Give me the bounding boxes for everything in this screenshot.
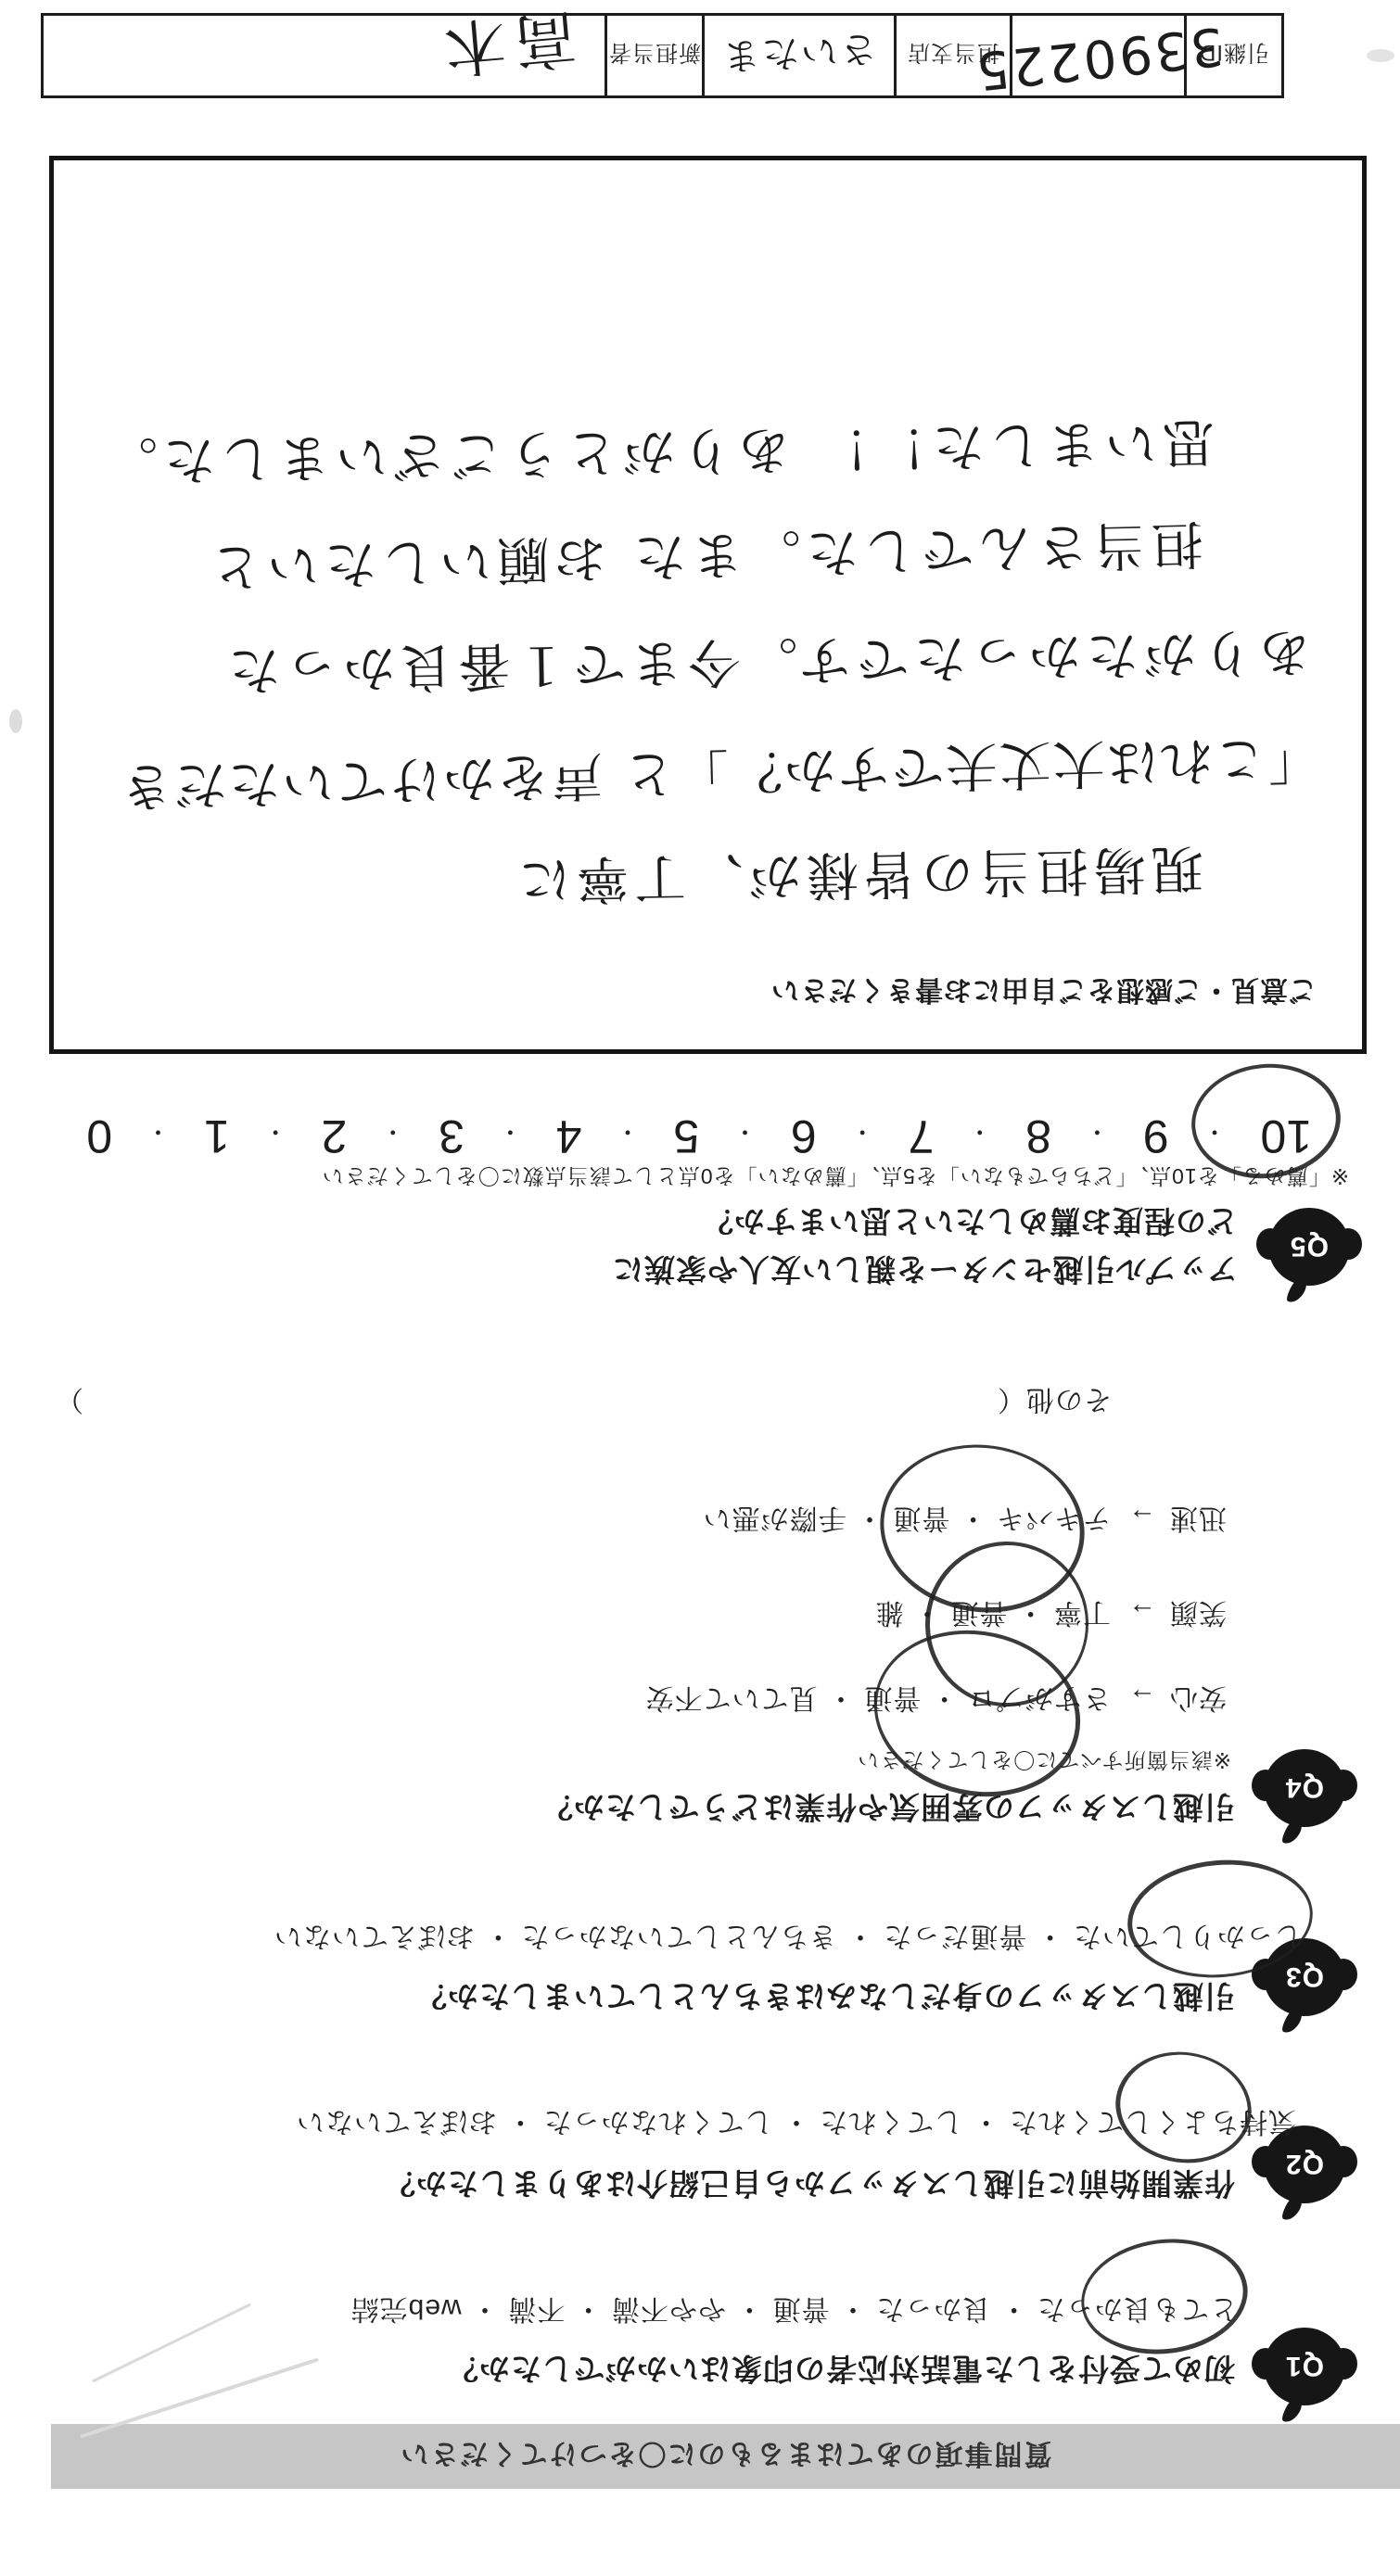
scale-separator: ・ xyxy=(616,1117,640,1157)
mascot-leaf-icon xyxy=(1279,1818,1305,1847)
scan-artifact xyxy=(1367,49,1394,62)
q3-question: 引越しスタッフの身だしなみはきちんとしていましたか？ xyxy=(415,1976,1235,2020)
q3-badge: Q3 xyxy=(1260,1961,1349,1992)
mascot-leaf-icon xyxy=(1279,2396,1305,2426)
scale-value: 2 xyxy=(322,1110,348,1163)
new-staff-value-cell: 高木 xyxy=(44,16,605,95)
q5-rating-scale: 10・9・8・7・6・5・4・3・2・1・0 xyxy=(86,1110,1312,1163)
q1-question: 初めて受付をした電話対応者の印象はいかがでしたか？ xyxy=(447,2349,1235,2392)
handover-id-value-cell: 3390225 xyxy=(1010,16,1184,95)
scale-value: 9 xyxy=(1143,1110,1169,1163)
q2-pen-circle xyxy=(1108,2042,1260,2173)
handwriting-line: 現場担当の皆様が、丁寧に xyxy=(513,835,1203,921)
arrow-icon: → xyxy=(1127,1682,1156,1713)
scanned-survey-page: 質問事項のあてはまるものに〇をつけてください Q1 初めて受付をした電話対応者の… xyxy=(0,0,1400,2576)
instruction-bar-text: 質問事項のあてはまるものに〇をつけてください xyxy=(400,2436,1052,2477)
q5-question-line1: アップル引越センターを親しい友人や家族に xyxy=(612,1250,1238,1293)
q4-question: 引越しスタッフの雰囲気や作業はどうでしたか？ xyxy=(541,1787,1235,1831)
survey-sheet: 質問事項のあてはまるものに〇をつけてください Q1 初めて受付をした電話対応者の… xyxy=(0,0,1400,2576)
q4-mascot-icon: Q4 xyxy=(1260,1745,1349,1842)
q5-note: ※「薦める」を10点、「どちらでもない」を5点、「薦めない」を0点として該当点数… xyxy=(322,1162,1349,1193)
scale-value: 4 xyxy=(556,1110,582,1163)
arrow-icon: → xyxy=(1127,1503,1156,1533)
scale-separator: ・ xyxy=(263,1117,287,1157)
scale-separator: ・ xyxy=(968,1117,992,1157)
branch-value-cell: さいたま xyxy=(702,16,894,95)
scan-artifact xyxy=(9,709,22,733)
q4-other-label: その他（ xyxy=(997,1382,1112,1423)
scale-separator: ・ xyxy=(850,1117,874,1157)
footer-table: 引継ID 3390225 担当支店 さいたま 新担当者 高木 xyxy=(41,13,1284,98)
scan-artifact xyxy=(92,2303,251,2383)
q5-question-line2: どの程度お薦めしたいと思いますか？ xyxy=(702,1201,1238,1245)
q4-other-close-paren: ） xyxy=(55,1382,83,1423)
instruction-bar: 質問事項のあてはまるものに〇をつけてください xyxy=(51,2424,1400,2489)
mascot-leaf-icon xyxy=(1279,2194,1305,2224)
q5-mascot-icon: Q5 xyxy=(1265,1204,1354,1301)
new-staff-label: 新担当者 xyxy=(608,40,701,72)
q5-badge: Q5 xyxy=(1265,1230,1354,1262)
scale-value: 3 xyxy=(439,1110,465,1163)
q2-badge: Q2 xyxy=(1260,2148,1349,2179)
q4-badge: Q4 xyxy=(1260,1771,1349,1803)
q1-pen-circle xyxy=(1075,2229,1254,2363)
scale-separator: ・ xyxy=(146,1117,170,1157)
new-staff-label-cell: 新担当者 xyxy=(605,16,702,95)
scale-separator: ・ xyxy=(498,1117,522,1157)
scale-value: 6 xyxy=(791,1110,817,1163)
branch-handwritten-value: さいたま xyxy=(720,25,879,86)
scale-value: 7 xyxy=(909,1110,935,1163)
scale-value: 8 xyxy=(1025,1110,1051,1163)
new-staff-signature: 高木 xyxy=(432,0,580,99)
mascot-leaf-icon xyxy=(1284,1276,1309,1306)
q1-badge: Q1 xyxy=(1260,2350,1349,2381)
q1-mascot-icon: Q1 xyxy=(1260,2324,1349,2420)
q2-question: 作業開始前に引越しスタッフから自己紹介はありましたか？ xyxy=(384,2164,1235,2207)
scale-separator: ・ xyxy=(1085,1117,1109,1157)
scale-value: 0 xyxy=(86,1110,112,1163)
mascot-leaf-icon xyxy=(1279,2007,1305,2037)
arrow-icon: → xyxy=(1127,1597,1156,1628)
q4-row-label: 安心 xyxy=(1169,1682,1227,1713)
q4-row-label: 笑顔 xyxy=(1169,1597,1227,1628)
scale-separator: ・ xyxy=(381,1117,405,1157)
scale-value: 1 xyxy=(204,1110,230,1163)
scale-value: 5 xyxy=(673,1110,699,1163)
scale-separator: ・ xyxy=(733,1117,757,1157)
free-comment-label: ご意見・ご感想をご自由にお書きください xyxy=(770,972,1317,1013)
q4-row-label: 迅速 xyxy=(1169,1503,1227,1533)
